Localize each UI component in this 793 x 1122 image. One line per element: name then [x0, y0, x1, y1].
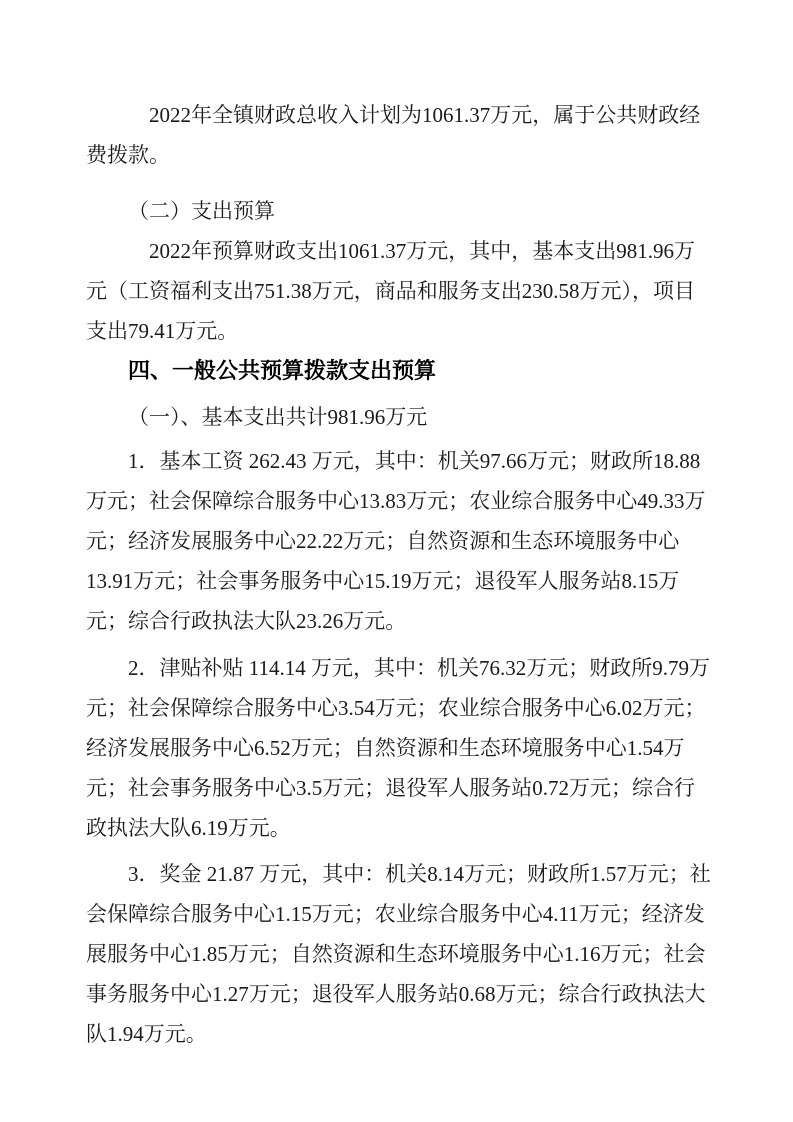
- heading-section-four-general-budget: 四、一般公共预算拨款支出预算: [86, 351, 713, 391]
- heading-expense-budget: （二）支出预算: [86, 191, 713, 231]
- paragraph-expense-summary: 2022年预算财政支出1061.37万元，其中，基本支出981.96万元（工资福…: [86, 231, 713, 351]
- paragraph-item-allowances: 2．津贴补贴 114.14 万元，其中：机关76.32万元；财政所9.79万元；…: [86, 648, 713, 848]
- paragraph-total-revenue: 2022年全镇财政总收入计划为1061.37万元，属于公共财政经费拨款。: [86, 95, 713, 175]
- document-page: 2022年全镇财政总收入计划为1061.37万元，属于公共财政经费拨款。 （二）…: [0, 0, 793, 1122]
- paragraph-item-basic-salary: 1．基本工资 262.43 万元，其中：机关97.66万元；财政所18.88万元…: [86, 441, 713, 641]
- paragraph-item-bonus: 3．奖金 21.87 万元，其中：机关8.14万元；财政所1.57万元；社会保障…: [86, 854, 713, 1054]
- heading-basic-expense-total: （一）、基本支出共计981.96万元: [86, 397, 713, 437]
